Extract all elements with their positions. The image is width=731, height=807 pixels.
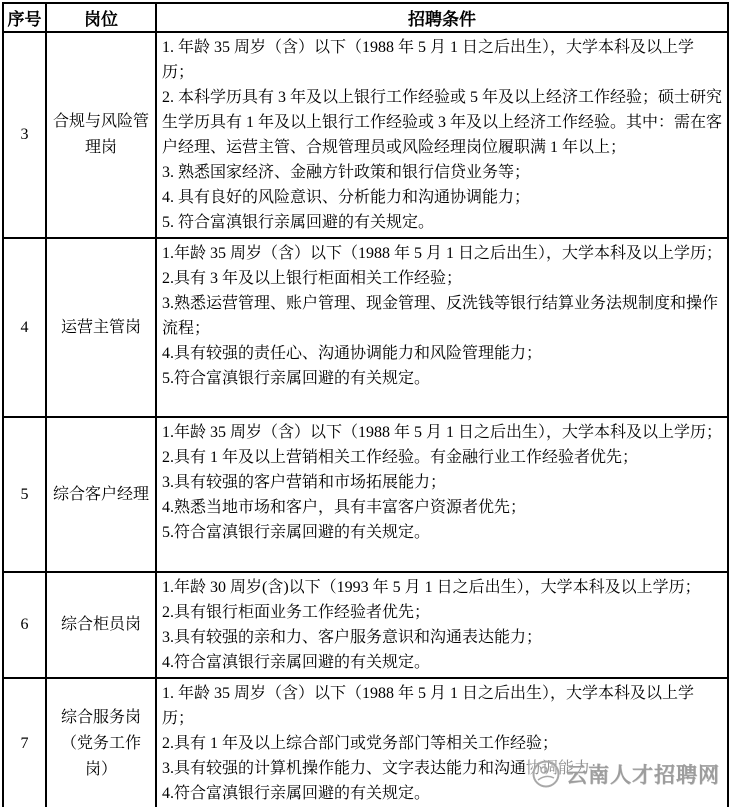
condition-line: 4.具有较强的责任心、沟通协调能力和风险管理能力； [162,341,724,366]
position-name: 综合客户经理 [46,417,156,572]
condition-line: 1. 年龄 35 周岁（含）以下（1988 年 5 月 1 日之后出生），大学本… [162,681,724,731]
condition-line: 4.熟悉当地市场和客户，具有丰富客户资源者优先； [162,495,724,520]
condition-line: 5.符合富滇银行亲属回避的有关规定。 [162,520,724,545]
conditions-cell: 1.年龄 35 周岁（含）以下（1988 年 5 月 1 日之后出生），大学本科… [156,238,728,417]
condition-line: 1.年龄 35 周岁（含）以下（1988 年 5 月 1 日之后出生），大学本科… [162,420,724,445]
table-row: 3合规与风险管理岗1. 年龄 35 周岁（含）以下（1988 年 5 月 1 日… [3,32,728,238]
conditions-cell: 1.年龄 35 周岁（含）以下（1988 年 5 月 1 日之后出生），大学本科… [156,417,728,572]
row-number: 4 [3,238,46,417]
condition-line: 5.符合富滇银行亲属回避的有关规定。 [162,366,724,391]
condition-line: 4.符合富滇银行亲属回避的有关规定。 [162,650,724,675]
conditions-cell: 1.年龄 30 周岁(含)以下（1993 年 5 月 1 日之后出生），大学本科… [156,572,728,678]
table-header-row: 序号 岗位 招聘条件 [3,3,728,32]
position-name: 合规与风险管理岗 [46,32,156,238]
table-row: 4运营主管岗1.年龄 35 周岁（含）以下（1988 年 5 月 1 日之后出生… [3,238,728,417]
table-row: 5综合客户经理1.年龄 35 周岁（含）以下（1988 年 5 月 1 日之后出… [3,417,728,572]
condition-line: 3.熟悉运营管理、账户管理、现金管理、反洗钱等银行结算业务法规制度和操作流程； [162,291,724,341]
condition-line: 1. 年龄 35 周岁（含）以下（1988 年 5 月 1 日之后出生），大学本… [162,35,724,85]
recruitment-notice-page: 序号 岗位 招聘条件 3合规与风险管理岗1. 年龄 35 周岁（含）以下（198… [0,0,731,807]
row-number: 5 [3,417,46,572]
watermark: 云南人才招聘网 [528,757,723,791]
position-name: 综合服务岗（党务工作岗） [46,678,156,807]
row-number: 6 [3,572,46,678]
condition-line: 3.具有较强的客户营销和市场拓展能力； [162,470,724,495]
condition-line: 1.年龄 30 周岁(含)以下（1993 年 5 月 1 日之后出生），大学本科… [162,575,724,600]
condition-line: 2.具有 1 年及以上营销相关工作经验。有金融行业工作经验者优先； [162,445,724,470]
condition-line: 3.具有较强的亲和力、客户服务意识和沟通表达能力； [162,625,724,650]
position-name: 综合柜员岗 [46,572,156,678]
col-header-number: 序号 [3,3,46,32]
condition-line: 5. 符合富滇银行亲属回避的有关规定。 [162,210,724,235]
condition-line: 1.年龄 35 周岁（含）以下（1988 年 5 月 1 日之后出生），大学本科… [162,241,724,266]
conditions-cell: 1. 年龄 35 周岁（含）以下（1988 年 5 月 1 日之后出生），大学本… [156,32,728,238]
recruitment-conditions-table: 序号 岗位 招聘条件 3合规与风险管理岗1. 年龄 35 周岁（含）以下（198… [2,2,729,807]
table-row: 6综合柜员岗1.年龄 30 周岁(含)以下（1993 年 5 月 1 日之后出生… [3,572,728,678]
condition-line: 2. 本科学历具有 3 年及以上银行工作经验或 5 年及以上经济工作经验；硕士研… [162,85,724,160]
watermark-seal-icon [531,758,561,790]
condition-line: 2.具有 1 年及以上综合部门或党务部门等相关工作经验； [162,731,724,756]
row-number: 7 [3,678,46,807]
condition-line: 2.具有银行柜面业务工作经验者优先； [162,600,724,625]
col-header-conditions: 招聘条件 [156,3,728,32]
row-number: 3 [3,32,46,238]
position-name: 运营主管岗 [46,238,156,417]
condition-line: 3. 熟悉国家经济、金融方针政策和银行信贷业务等； [162,160,724,185]
condition-line: 4. 具有良好的风险意识、分析能力和沟通协调能力； [162,185,724,210]
watermark-text: 云南人才招聘网 [566,759,720,789]
condition-line: 2.具有 3 年及以上银行柜面相关工作经验； [162,266,724,291]
col-header-position: 岗位 [46,3,156,32]
